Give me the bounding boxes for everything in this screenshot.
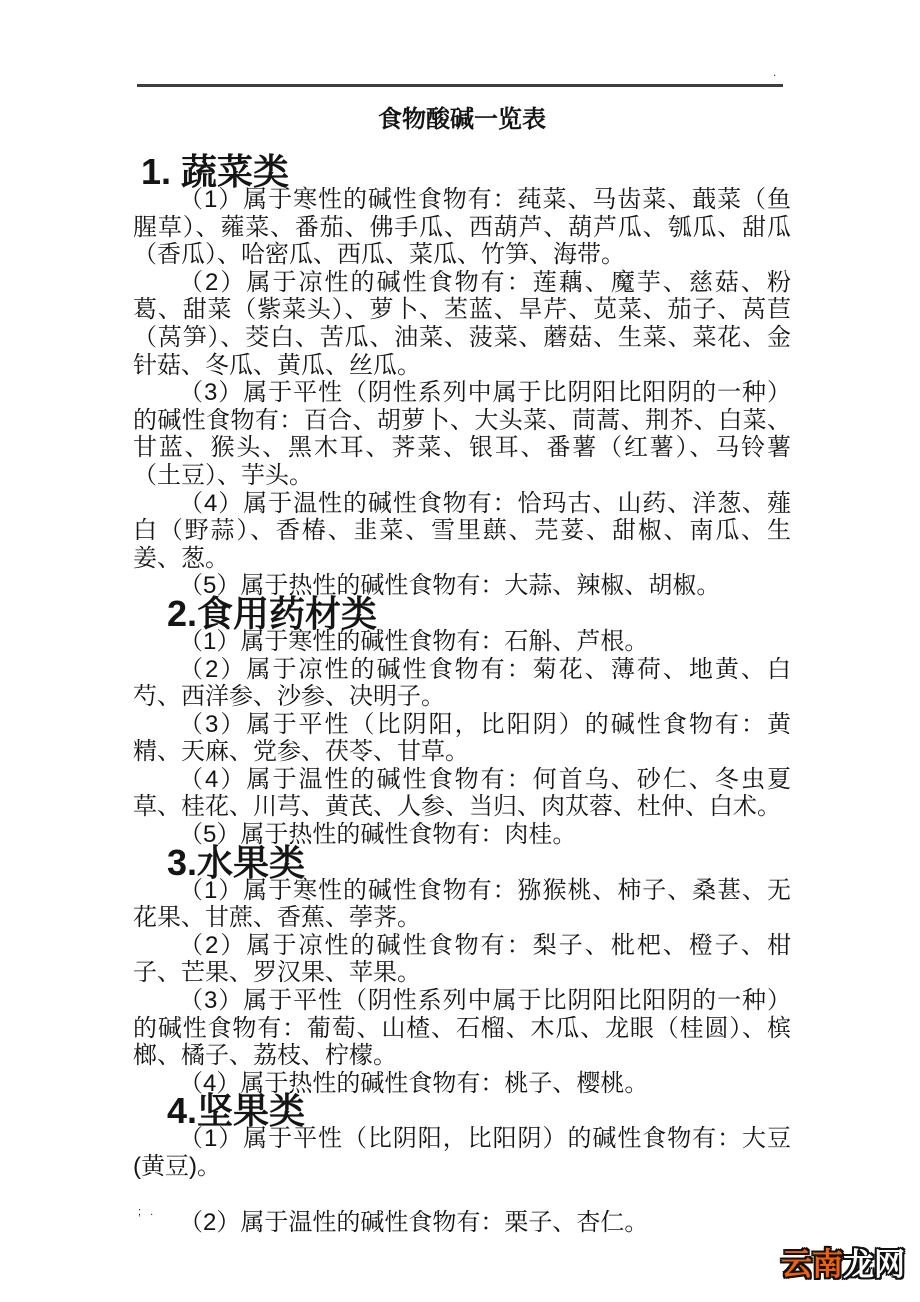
section-nuts: 4.坚果类 （1）属于平性（比阴阳，比阳阴）的碱性食物有：大豆(黄豆)。 （2）… bbox=[133, 1097, 791, 1236]
paragraph: （1）属于平性（比阴阳，比阳阴）的碱性食物有：大豆(黄豆)。 bbox=[133, 1125, 791, 1180]
watermark-text-left: 云南 bbox=[781, 1247, 843, 1282]
section-heading-fruits: 3.水果类 bbox=[133, 849, 791, 877]
paragraph: （1）属于寒性的碱性食物有：石斛、芦根。 bbox=[133, 628, 791, 656]
header-rule bbox=[137, 84, 783, 87]
section-heading-herbs: 2.食用药材类 bbox=[133, 600, 791, 628]
document-title: 食物酸碱一览表 bbox=[133, 106, 791, 134]
paragraph: （3）属于平性（比阴阳，比阳阴）的碱性食物有：黄精、天麻、党参、茯苓、甘草。 bbox=[133, 711, 791, 766]
paragraph: （3）属于平性（阴性系列中属于比阴阳比阳阴的一种）的碱性食物有：百合、胡萝卜、大… bbox=[133, 379, 791, 489]
header-dot-mark: . bbox=[773, 66, 776, 78]
paragraph: （1）属于寒性的碱性食物有：猕猴桃、柿子、桑葚、无花果、甘蔗、香蕉、荸荠。 bbox=[133, 877, 791, 932]
section-herbs: 2.食用药材类 （1）属于寒性的碱性食物有：石斛、芦根。 （2）属于凉性的碱性食… bbox=[133, 600, 791, 849]
watermark-text-right: 龙网 bbox=[843, 1247, 905, 1282]
paragraph: （2）属于凉性的碱性食物有：莲藕、魔芋、慈菇、粉葛、甜菜（紫菜头）、萝卜、苤蓝、… bbox=[133, 269, 791, 379]
section-vegetables: 1. 蔬菜类 （1）属于寒性的碱性食物有：莼菜、马齿菜、蕺菜（鱼腥草）、蕹菜、番… bbox=[133, 158, 791, 600]
document-page: . 食物酸碱一览表 1. 蔬菜类 （1）属于寒性的碱性食物有：莼菜、马齿菜、蕺菜… bbox=[0, 0, 920, 1302]
paragraph: （4）属于温性的碱性食物有：恰玛古、山药、洋葱、薤白（野蒜）、香椿、韭菜、雪里蕻… bbox=[133, 490, 791, 573]
paragraph: （4）属于温性的碱性食物有：何首乌、砂仁、冬虫夏草、桂花、川芎、黄芪、人参、当归… bbox=[133, 766, 791, 821]
paragraph: （3）属于平性（阴性系列中属于比阴阳比阳阴的一种）的碱性食物有：葡萄、山楂、石榴… bbox=[133, 987, 791, 1070]
document-body: 食物酸碱一览表 1. 蔬菜类 （1）属于寒性的碱性食物有：莼菜、马齿菜、蕺菜（鱼… bbox=[133, 106, 791, 1236]
section-heading-nuts: 4.坚果类 bbox=[133, 1097, 791, 1125]
section-heading-vegetables: 1. 蔬菜类 bbox=[133, 158, 791, 186]
watermark-logo: 云南龙网 bbox=[781, 1248, 905, 1282]
paragraph: （2）属于凉性的碱性食物有：梨子、枇杷、橙子、柑子、芒果、罗汉果、苹果。 bbox=[133, 932, 791, 987]
section-fruits: 3.水果类 （1）属于寒性的碱性食物有：猕猴桃、柿子、桑葚、无花果、甘蔗、香蕉、… bbox=[133, 849, 791, 1098]
paragraph: （1）属于寒性的碱性食物有：莼菜、马齿菜、蕺菜（鱼腥草）、蕹菜、番茄、佛手瓜、西… bbox=[133, 186, 791, 269]
paragraph: （2）属于凉性的碱性食物有：菊花、薄荷、地黄、白芍、西洋参、沙参、决明子。 bbox=[133, 656, 791, 711]
footer-marks: ; . bbox=[138, 1206, 156, 1218]
paragraph: （2）属于温性的碱性食物有：栗子、杏仁。 bbox=[133, 1209, 791, 1237]
